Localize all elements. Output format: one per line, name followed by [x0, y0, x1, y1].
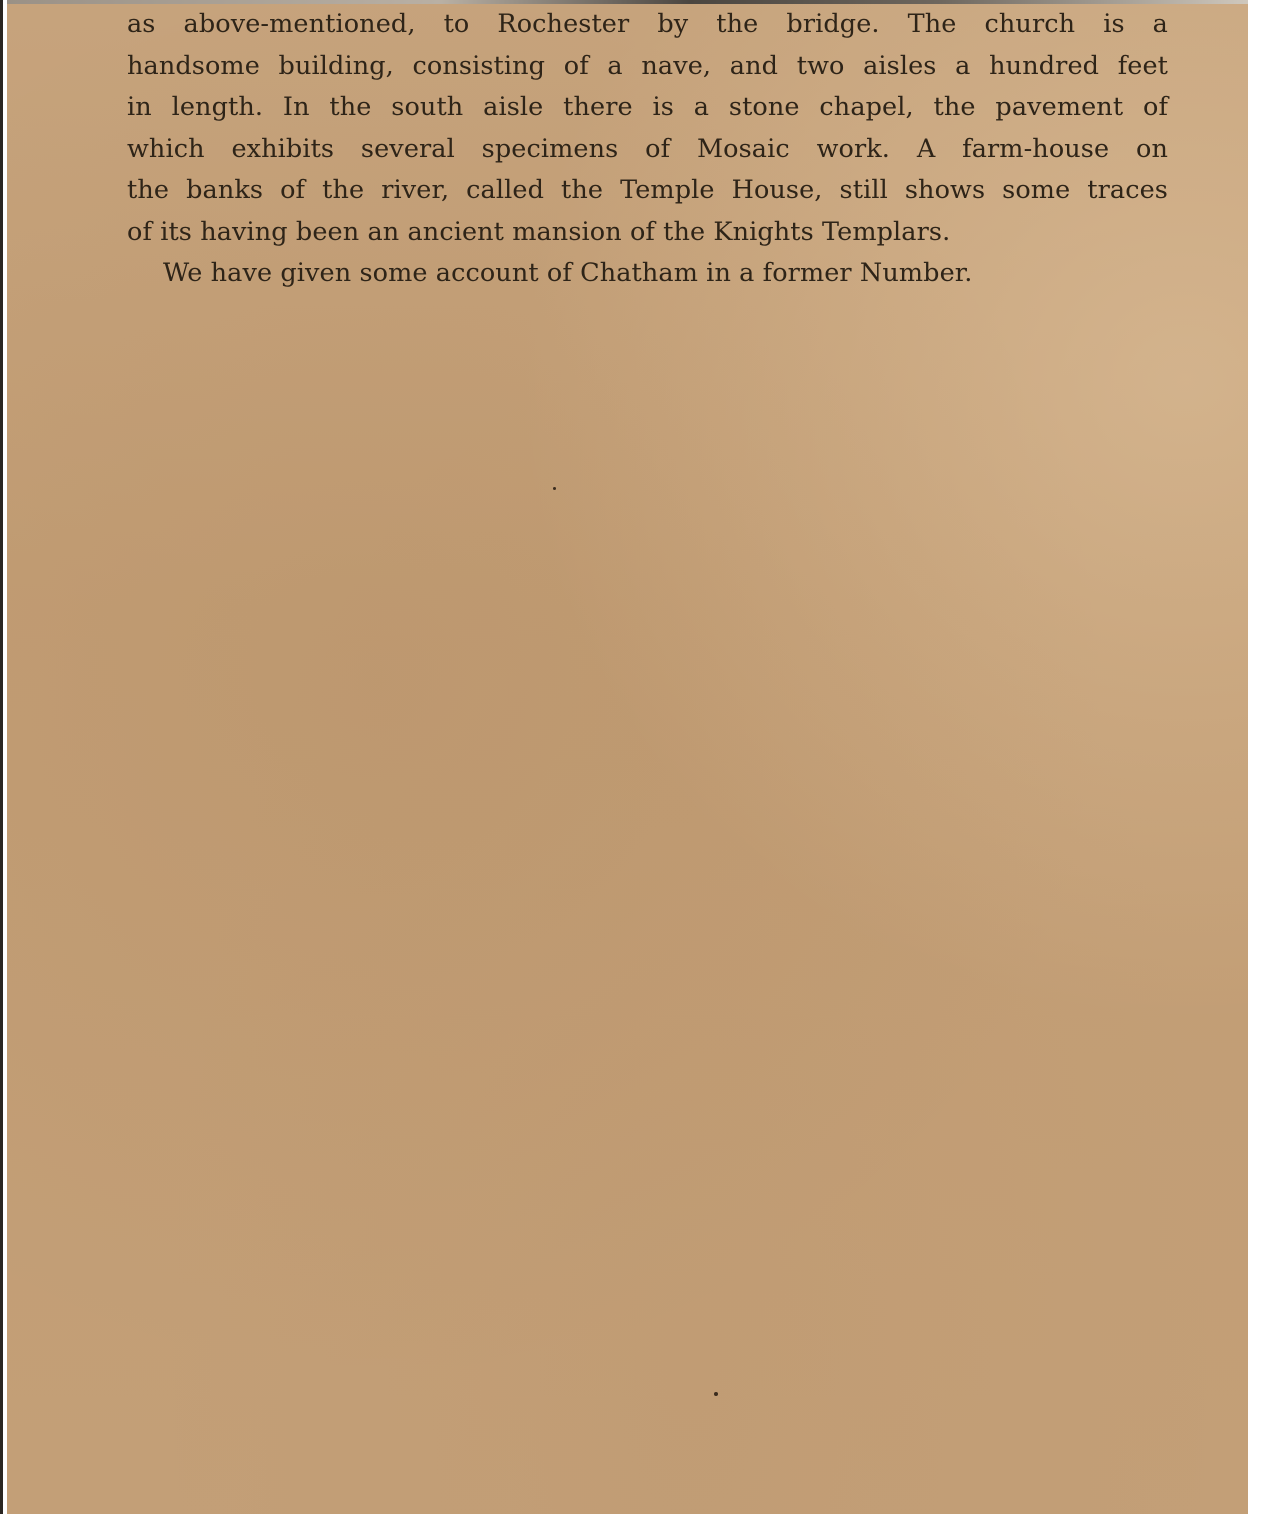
text-line: of its having been an ancient mansion of…	[127, 212, 1168, 254]
text-line: in length. In the south aisle there is a…	[127, 87, 1168, 129]
body-text: as above-mentioned, to Rochester by the …	[127, 4, 1168, 295]
text-line: as above-mentioned, to Rochester by the …	[127, 4, 1168, 46]
paper-speck	[714, 1392, 718, 1396]
text-line: handsome building, consisting of a nave,…	[127, 46, 1168, 88]
paper-speck	[553, 487, 556, 490]
paragraph-church-description: as above-mentioned, to Rochester by the …	[127, 4, 1168, 253]
text-line: We have given some account of Chatham in…	[127, 253, 1168, 295]
text-line: the banks of the river, called the Templ…	[127, 170, 1168, 212]
scan-edge-left	[0, 0, 3, 1514]
paragraph-chatham-note: We have given some account of Chatham in…	[127, 253, 1168, 295]
text-line: which exhibits several specimens of Mosa…	[127, 129, 1168, 171]
